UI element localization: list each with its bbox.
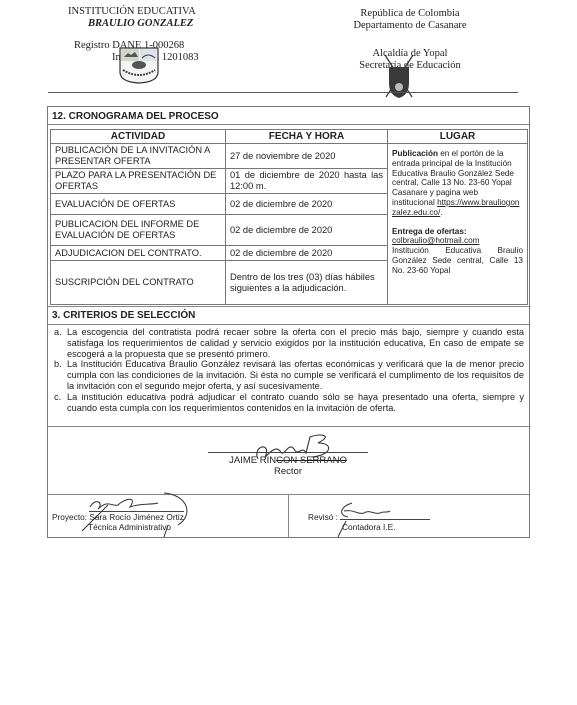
actividad-cell: PUBLICACION DEL INFORME DE EVALUACIÓN DE… bbox=[51, 215, 226, 246]
rector-name: JAIME RINCON SERRANO bbox=[208, 455, 368, 466]
item-text: La escogencia del contratista podrá reca… bbox=[67, 327, 524, 359]
school-crest-icon bbox=[118, 46, 160, 84]
criterios-list: a. La escogencia del contratista podrá r… bbox=[54, 327, 524, 413]
signature-line bbox=[340, 519, 430, 520]
country-label: República de Colombia bbox=[340, 8, 480, 20]
document-body: 12. CRONOGRAMA DEL PROCESO ACTIVIDAD FEC… bbox=[47, 106, 530, 538]
institution-name: BRAULIO GONZALEZ bbox=[60, 18, 230, 30]
list-item: a. La escogencia del contratista podrá r… bbox=[54, 327, 524, 359]
list-item: c. La institución educativa podrá adjudi… bbox=[54, 392, 524, 414]
email-link[interactable]: colbraulio@hotmail.com bbox=[392, 236, 480, 245]
coat-of-arms-icon bbox=[382, 53, 416, 101]
entrega-text: Institución Educativa Braulio González S… bbox=[392, 246, 523, 275]
rector-role: Rector bbox=[208, 466, 368, 477]
item-marker: a. bbox=[54, 327, 67, 359]
publicacion-label: Publicación bbox=[392, 149, 438, 158]
divider bbox=[288, 494, 289, 538]
table-row: PUBLICACIÓN DE LA INVITACIÓN A PRESENTAR… bbox=[51, 144, 528, 169]
column-header-lugar: LUGAR bbox=[388, 130, 528, 144]
actividad-cell: EVALUACIÓN DE OFERTAS bbox=[51, 194, 226, 215]
actividad-cell: SUSCRIPCIÓN DEL CONTRATO bbox=[51, 261, 226, 305]
divider bbox=[48, 306, 529, 307]
signature-line bbox=[208, 452, 368, 453]
divider bbox=[48, 324, 529, 325]
fecha-cell: 02 de diciembre de 2020 bbox=[226, 194, 388, 215]
fecha-cell: 27 de noviembre de 2020 bbox=[226, 144, 388, 169]
institution-label: INSTITUCIÓN EDUCATIVA bbox=[60, 6, 230, 18]
fecha-cell: 02 de diciembre de 2020 bbox=[226, 215, 388, 246]
item-text: La Institución Educativa Braulio Gonzále… bbox=[67, 359, 524, 391]
item-text: La institución educativa podrá adjudicar… bbox=[67, 392, 524, 414]
reviso-role: Contadora I.E. bbox=[308, 522, 430, 532]
punctuation: . bbox=[440, 208, 442, 217]
item-marker: b. bbox=[54, 359, 67, 391]
actividad-cell: PUBLICACIÓN DE LA INVITACIÓN A PRESENTAR… bbox=[51, 144, 226, 169]
proyecto-label: Proyecto: bbox=[52, 512, 87, 522]
column-header-actividad: ACTIVIDAD bbox=[51, 130, 226, 144]
divider bbox=[48, 124, 529, 125]
rector-signature-block: JAIME RINCON SERRANO Rector bbox=[208, 452, 368, 477]
entrega-label: Entrega de ofertas bbox=[392, 227, 464, 236]
reviso-label: Revisó : bbox=[308, 512, 338, 522]
cronograma-table: ACTIVIDAD FECHA Y HORA LUGAR PUBLICACIÓN… bbox=[50, 129, 528, 305]
item-marker: c. bbox=[54, 392, 67, 414]
reviso-block: Revisó : Contadora I.E. bbox=[308, 512, 430, 532]
rector-name-part: JAIME RIN bbox=[229, 455, 276, 466]
column-header-fecha: FECHA Y HORA bbox=[226, 130, 388, 144]
fecha-cell: 01 de diciembre de 2020 hasta las 12:00 … bbox=[226, 169, 388, 194]
table-header-row: ACTIVIDAD FECHA Y HORA LUGAR bbox=[51, 130, 528, 144]
header-divider bbox=[48, 92, 518, 93]
department-label: Departamento de Casanare bbox=[340, 20, 480, 32]
actividad-cell: ADJUDICACION DEL CONTRATO. bbox=[51, 246, 226, 261]
proyecto-block: Proyecto: Sara Rocío Jiménez Ortiz Técni… bbox=[52, 512, 184, 532]
cronograma-title: 12. CRONOGRAMA DEL PROCESO bbox=[52, 111, 219, 122]
divider bbox=[48, 426, 529, 427]
punctuation: : bbox=[464, 227, 467, 236]
rector-name-part: CON SERRANO bbox=[276, 455, 347, 466]
proyecto-role: Técnica Administrativo bbox=[52, 522, 184, 532]
list-item: b. La Institución Educativa Braulio Gonz… bbox=[54, 359, 524, 391]
actividad-cell: PLAZO PARA LA PRESENTACIÓN DE OFERTAS bbox=[51, 169, 226, 194]
fecha-cell: Dentro de los tres (03) días hábiles sig… bbox=[226, 261, 388, 305]
proyecto-name: Sara Rocío Jiménez Ortiz bbox=[89, 511, 184, 522]
lugar-cell: Publicación en el portón de la entrada p… bbox=[388, 144, 528, 305]
criterios-title: 3. CRITERIOS DE SELECCIÓN bbox=[52, 310, 195, 321]
fecha-cell: 02 de diciembre de 2020 bbox=[226, 246, 388, 261]
